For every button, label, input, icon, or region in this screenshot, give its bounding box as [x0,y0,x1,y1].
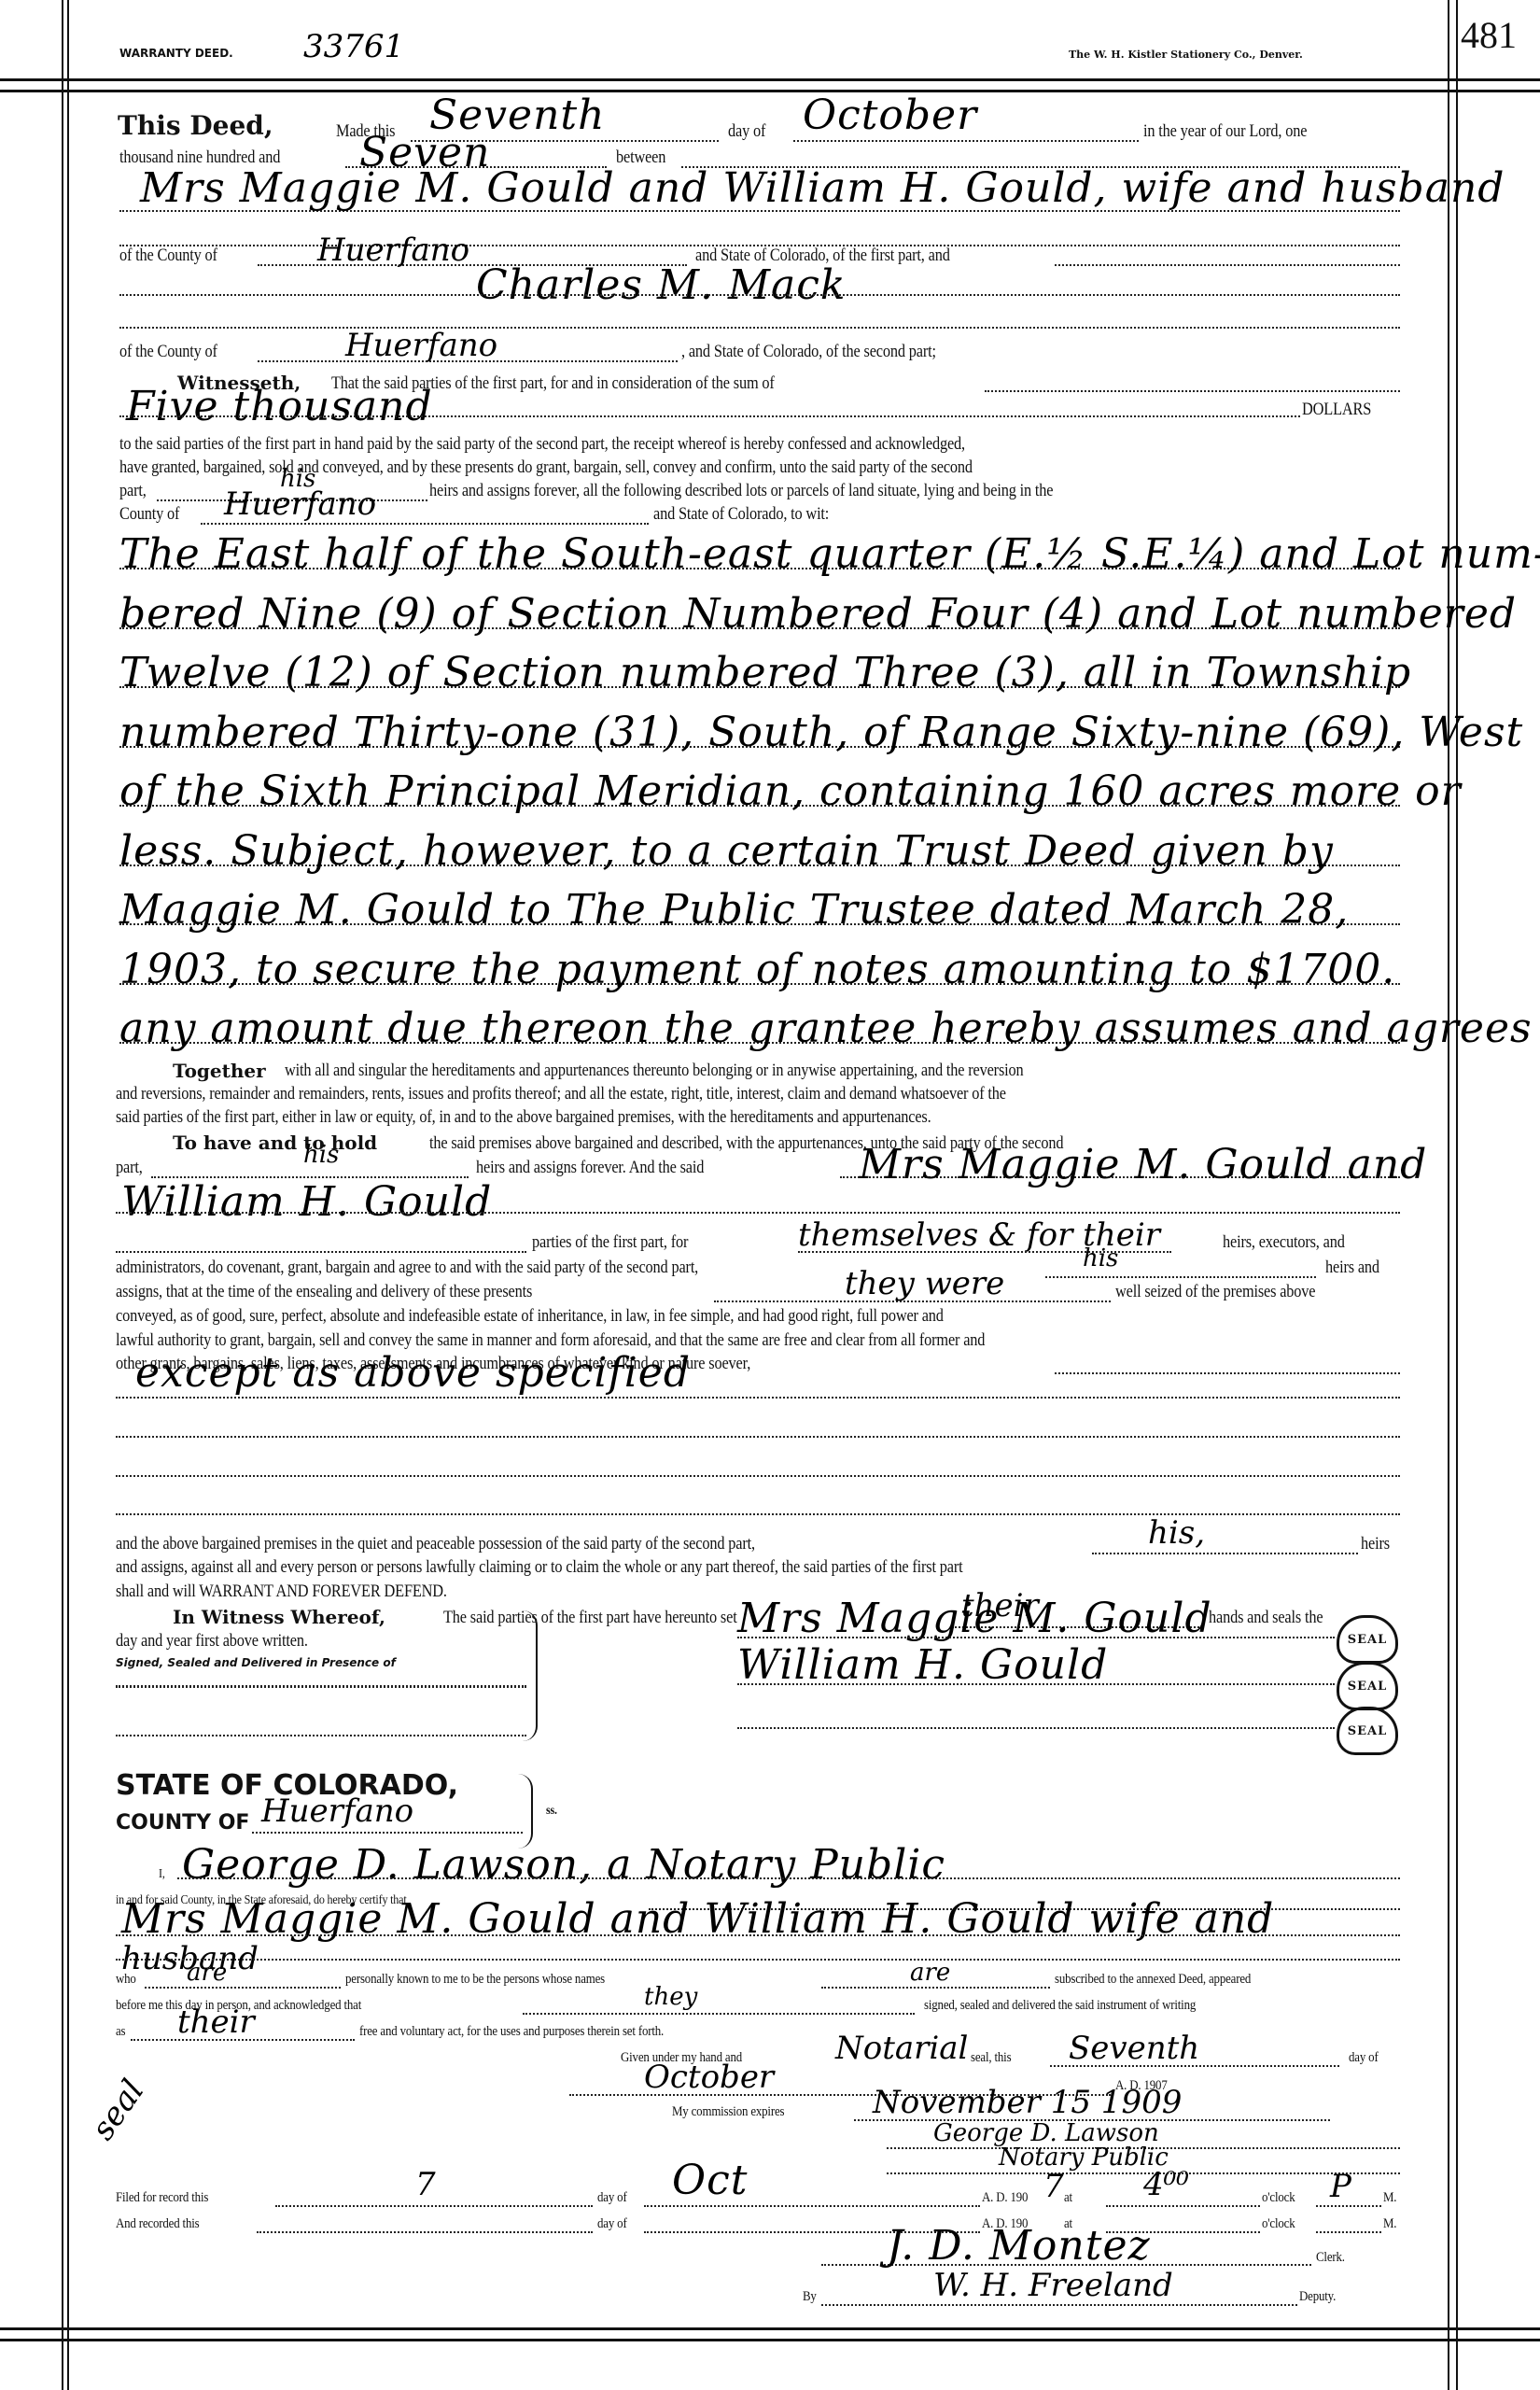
recorded-label: And recorded this [116,2216,200,2232]
filed-day: 7 [415,2166,436,2203]
consideration-line-2: have granted, bargained, sold and convey… [119,457,973,478]
legal-description-line: any amount due thereon the grantee hereb… [119,1005,1540,1052]
warranty-line-1a: and the above bargained premises in the … [116,1534,755,1554]
warranty-his: his, [1148,1514,1205,1552]
consideration-line-3b: heirs and assigns forever, all the follo… [429,481,1053,501]
land-county: Huerfano [224,485,376,523]
warranty-line-3: shall and will WARRANT AND FOREVER DEFEN… [116,1582,447,1602]
day-of-label: day of [728,121,765,142]
consideration-line-1: to the said parties of the first part in… [119,434,965,455]
recorded-m: M. [1383,2216,1396,2232]
filed-label: Filed for record this [116,2190,208,2206]
habendum-grantor-1: Mrs Maggie M. Gould and [859,1141,1427,1188]
amount-value: Five thousand [126,383,433,430]
seal-icon: SEAL [1337,1615,1398,1664]
habendum-grantor-2: William H. Gould [121,1178,492,1226]
ack-county: Huerfano [261,1792,413,1830]
left-border [62,0,63,2390]
document-number: 33761 [303,28,404,65]
legal-description-line: bered Nine (9) of Section Numbered Four … [119,590,1517,638]
together-line-3: said parties of the first part, either i… [116,1107,931,1128]
habendum-line-3a: parties of the first part, for [532,1232,688,1253]
habendum-line-5a: assigns, that at the time of the enseali… [116,1282,532,1302]
ack-month-value: October [644,2059,774,2096]
subscribed-label: subscribed to the annexed Deed, appeared [1055,1972,1251,1988]
by-label: By [803,2289,817,2305]
legal-description-line: 1903, to secure the payment of notes amo… [119,946,1395,993]
their-fill: their [177,2003,255,2041]
bottom-rule [0,2327,1540,2330]
habendum-line-6: conveyed, as of good, sure, perfect, abs… [116,1306,944,1327]
filed-time: 4⁰⁰ [1143,2166,1189,2203]
second-party-county: Huerfano [345,327,497,364]
habendum-line-4a: administrators, do covenant, grant, barg… [116,1258,698,1278]
form-title: WARRANTY DEED. [119,47,233,60]
month-value: October [803,91,977,139]
they-fill: they [644,1983,697,2011]
ss-label: ss. [546,1804,557,1819]
signature-2: William H. Gould [737,1641,1108,1689]
county-label-3: County of [119,504,179,525]
page-number: 481 [1461,13,1517,57]
habendum-they-were: they were [845,1265,1004,1302]
warranty-line-1b: heirs [1361,1534,1390,1554]
witness-brace [523,1610,538,1741]
year-of-lord-label: in the year of our Lord, one [1143,121,1307,142]
filed-ad: A. D. 190 [982,2190,1028,2206]
seal-icon: SEAL [1337,1662,1398,1710]
ss-brace [518,1774,533,1849]
bottom-rule-2 [0,2339,1540,2341]
right-border-inner [1456,0,1458,2390]
together-line-2: and reversions, remainder and remainders… [116,1084,1006,1104]
first-party-county: Huerfano [317,232,469,269]
filed-at: at [1064,2190,1072,2206]
seal-this-label: seal, this [971,2050,1011,2066]
legal-description-line: Twelve (12) of Section numbered Three (3… [119,649,1411,696]
warranty-line-2: and assigns, against all and every perso… [116,1557,962,1578]
filed-year-digit: 7 [1043,2168,1064,2205]
together-line-1: with all and singular the hereditaments … [285,1061,1024,1081]
habendum-heading: To have and to hold [173,1132,377,1154]
habendum-his: his [303,1141,339,1169]
habendum-line-5b: well seized of the premises above [1115,1282,1315,1302]
legal-description-line: Maggie M. Gould to The Public Trustee da… [119,886,1349,934]
filed-day-of: day of [597,2190,627,2206]
deputy-label: Deputy. [1299,2289,1336,2305]
witness-line-1a: The said parties of the first part have … [443,1608,737,1628]
exception-value: except as above specified [135,1349,691,1397]
county-heading: COUNTY OF [116,1811,249,1835]
left-border-inner [67,0,69,2390]
signature-1: Mrs Maggie M. Gould [737,1595,1212,1642]
free-act-label: free and voluntary act, for the uses and… [359,2024,664,2040]
legal-description-line: less. Subject, however, to a certain Tru… [119,827,1334,875]
commission-label: My commission expires [672,2104,784,2120]
consideration-line-3a: part, [119,481,147,501]
clerk-label: Clerk. [1316,2250,1345,2266]
recorded-day-of: day of [597,2216,627,2232]
habendum-line-2a: part, [116,1158,143,1178]
habendum-line-4b: heirs and [1325,1258,1379,1278]
filed-meridiem: P [1330,2168,1351,2205]
filed-oclock: o'clock [1262,2190,1295,2206]
habendum-line-7: lawful authority to grant, bargain, sell… [116,1330,985,1351]
county-label-2: of the County of [119,342,217,362]
witness-line-2: day and year first above written. [116,1631,308,1652]
ack-day-value: Seventh [1069,2030,1199,2067]
filed-m: M. [1383,2190,1396,2206]
publisher: The W. H. Kistler Stationery Co., Denver… [1069,49,1303,61]
filed-month: Oct [672,2157,748,2204]
witness-heading: In Witness Whereof, [173,1606,385,1628]
notary-name: George D. Lawson, a Notary Public [182,1841,945,1889]
dollars-label: DOLLARS [1302,400,1371,420]
grantee-value: Charles M. Mack [476,261,847,309]
this-deed-heading: This Deed, [118,110,273,141]
deputy-signature: W. H. Freeland [933,2267,1173,2304]
right-border [1448,0,1449,2390]
habendum-his-2: his [1083,1244,1118,1272]
commission-value: November 15 1909 [873,2084,1182,2121]
who-fill: are [187,1959,227,1987]
grantors-value: Mrs Maggie M. Gould and William H. Gould… [140,164,1505,212]
legal-description-line: of the Sixth Principal Meridian, contain… [119,767,1462,815]
top-rule [0,78,1540,81]
ack-day-of-label: day of [1349,2050,1379,2066]
county-label-1: of the County of [119,246,217,266]
names-fill: are [910,1959,950,1987]
top-rule-2 [0,90,1540,92]
witness-line-1b: hands and seals the [1209,1608,1323,1628]
notary-prefix: I, [159,1867,165,1882]
recorded-oclock: o'clock [1262,2216,1295,2232]
second-party-state-label: , and State of Colorado, of the second p… [681,342,936,362]
clerk-signature: J. D. Montez [887,2222,1151,2270]
legal-description-line: The East half of the South-east quarter … [119,530,1540,578]
signed-sealed-label: Signed, Sealed and Delivered in Presence… [116,1656,396,1669]
habendum-line-3b: heirs, executors, and [1223,1232,1345,1253]
who-label: who [116,1972,136,1988]
known-label: personally known to me to be the persons… [345,1972,605,1988]
signed-label: signed, sealed and delivered the said in… [924,1998,1196,2014]
seal-type: Notarial [835,2030,968,2067]
as-label: as [116,2024,125,2040]
margin-seal-note: seal [84,2073,151,2146]
land-state-label: and State of Colorado, to wit: [653,504,829,525]
seal-icon: SEAL [1337,1707,1398,1755]
together-heading: Together [173,1060,266,1082]
legal-description-line: numbered Thirty-one (31), South, of Rang… [119,709,1523,756]
habendum-line-2b: heirs and assigns forever. And the said [476,1158,704,1178]
